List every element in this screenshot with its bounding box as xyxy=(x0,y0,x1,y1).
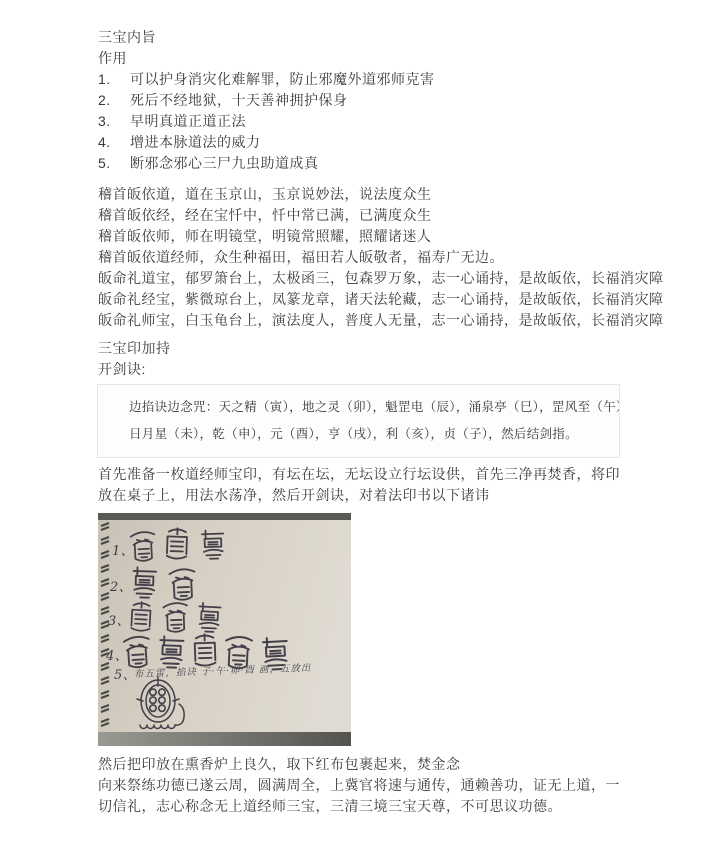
effect-text: 增进本脉道法的威力 xyxy=(130,132,261,153)
effect-text: 早明真道正道正法 xyxy=(130,111,246,132)
photo-bottom-band xyxy=(98,732,351,746)
effect-number: 5. xyxy=(98,153,130,174)
homage-line-1: 稽首皈依道，道在玉京山，玉京说妙法，说法度众生 xyxy=(98,184,623,205)
refuge-line-3: 皈命礼师宝，白玉龟台上，演法度人，普度人无量，志一心诵持，是故皈依，长福消灾障 xyxy=(98,310,623,331)
usage-heading: 作用 xyxy=(98,48,623,69)
incantation-line-1: 边掐诀边念咒：天之精（寅），地之灵（卯），魁罡电（辰），涌泉亭（巳），罡风至（午… xyxy=(129,394,613,421)
hand-number-2: 2、 xyxy=(109,580,132,595)
seal-heading: 三宝印加持 xyxy=(98,338,623,359)
document-page: 三宝内旨 作用 1. 可以护身消灾化难解罪，防止邪魔外道邪师克害 2. 死后不经… xyxy=(0,0,703,863)
hand-number-1: 1、 xyxy=(112,544,134,559)
closing-paragraph: 向来祭练功德已遂云周，圆满周全，上冀官将速与通传，通赖善功，证无上道，一切信礼，… xyxy=(98,775,621,817)
spacer xyxy=(98,331,623,338)
prep-paragraph: 首先准备一枚道经师宝印，有坛在坛，无坛设立行坛设供，首先三净再焚香，将印放在桌子… xyxy=(98,464,621,506)
refuge-line-1: 皈命礼道宝，郁罗箫台上，太极函三，包森罗万象，志一心诵持，是故皈依，长福消灾障 xyxy=(98,268,623,289)
jue-heading: 开剑诀: xyxy=(98,359,623,380)
incantation-line-2: 日月星（未），乾（申），元（酉），亨（戌），利（亥），贞（子），然后结剑指。 xyxy=(129,421,613,448)
homage-line-4: 稽首皈依道经师，众生种福田，福田若人皈敬者，福寿广无边。 xyxy=(98,247,623,268)
effect-item-4: 4. 增进本脉道法的威力 xyxy=(98,132,623,153)
homage-line-2: 稽首皈依经，经在宝忏中，忏中常已满，已满度众生 xyxy=(98,205,623,226)
photo-top-band xyxy=(98,513,351,520)
effect-item-5: 5. 断邪念邪心三尸九虫助道成真 xyxy=(98,153,623,174)
spacer xyxy=(98,174,623,184)
effect-number: 3. xyxy=(98,111,130,132)
effect-number: 4. xyxy=(98,132,130,153)
effect-text: 死后不经地狱，十天善神拥护保身 xyxy=(130,90,348,111)
effect-item-1: 1. 可以护身消灾化难解罪，防止邪魔外道邪师克害 xyxy=(98,69,623,90)
notebook-photo: 1、 2、 3、 4、 xyxy=(98,513,351,746)
effect-text: 可以护身消灾化难解罪，防止邪魔外道邪师克害 xyxy=(130,69,435,90)
effect-item-2: 2. 死后不经地狱，十天善神拥护保身 xyxy=(98,90,623,111)
after-photo-paragraph: 然后把印放在熏香炉上良久，取下红布包裹起来，焚金念 xyxy=(98,754,623,775)
effect-item-3: 3. 早明真道正道正法 xyxy=(98,111,623,132)
refuge-line-2: 皈命礼经宝，紫微琼台上，凤篆龙章，诸天法轮藏，志一心诵持，是故皈依，长福消灾障 xyxy=(98,289,623,310)
effect-number: 1. xyxy=(98,69,130,90)
incantation-image-box: 边掐诀边念咒：天之精（寅），地之灵（卯），魁罡电（辰），涌泉亭（巳），罡风至（午… xyxy=(97,384,620,458)
effect-text: 断邪念邪心三尸九虫助道成真 xyxy=(130,153,319,174)
hand-number-4: 4、 xyxy=(105,649,128,664)
effect-number: 2. xyxy=(98,90,130,111)
hand-number-3: 3、 xyxy=(108,614,130,629)
doc-title: 三宝内旨 xyxy=(98,27,623,48)
homage-line-3: 稽首皈依师，师在明镜堂，明镜常照耀，照耀诸迷人 xyxy=(98,226,623,247)
